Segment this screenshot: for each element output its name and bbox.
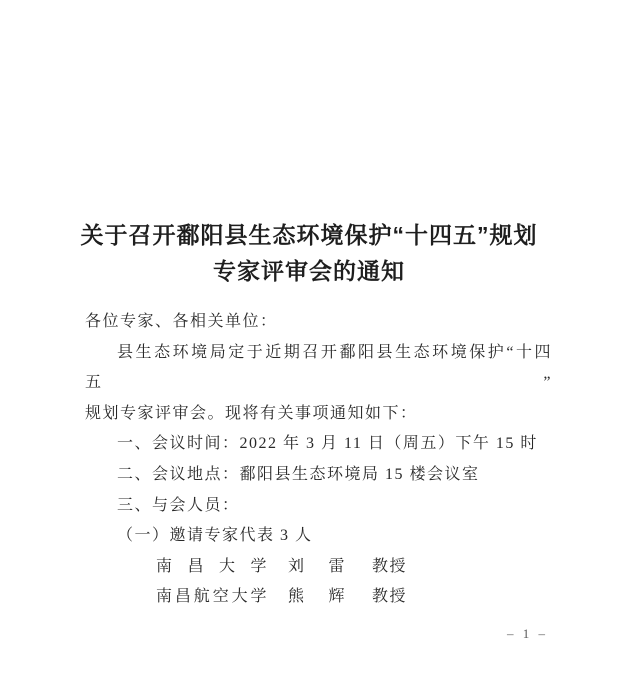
document-title-line2: 专家评审会的通知: [30, 253, 588, 289]
expert-row: 南昌大学 刘雷 教授: [156, 552, 552, 583]
expert-organization: 南昌航空大学: [156, 582, 268, 613]
expert-title: 教授: [372, 582, 407, 613]
document-page: 关于召开鄱阳县生态环境保护“十四五”规划 专家评审会的通知 各位专家、各相关单位…: [0, 0, 618, 686]
document-title-line1: 关于召开鄱阳县生态环境保护“十四五”规划: [30, 217, 588, 253]
meeting-time-item: 一、会议时间：2022 年 3 月 11 日（周五）下午 15 时: [85, 429, 552, 460]
page-number: – 1 –: [507, 626, 548, 642]
salutation: 各位专家、各相关单位：: [85, 307, 552, 338]
invited-experts-item: （一）邀请专家代表 3 人: [85, 521, 552, 552]
expert-organization: 南昌大学: [156, 552, 268, 583]
intro-paragraph-line1: 县生态环境局定于近期召开鄱阳县生态环境保护“十四五”: [85, 338, 552, 399]
expert-name: 熊辉: [288, 582, 346, 613]
expert-row: 南昌航空大学 熊辉 教授: [156, 582, 552, 613]
document-body: 各位专家、各相关单位： 县生态环境局定于近期召开鄱阳县生态环境保护“十四五” 规…: [85, 307, 552, 613]
attendees-heading-item: 三、与会人员：: [85, 491, 552, 522]
expert-name: 刘雷: [288, 552, 346, 583]
expert-title: 教授: [372, 552, 407, 583]
meeting-location-item: 二、会议地点：鄱阳县生态环境局 15 楼会议室: [85, 460, 552, 491]
document-title: 关于召开鄱阳县生态环境保护“十四五”规划 专家评审会的通知: [30, 217, 588, 289]
intro-paragraph-line2: 规划专家评审会。现将有关事项通知如下：: [85, 399, 552, 430]
